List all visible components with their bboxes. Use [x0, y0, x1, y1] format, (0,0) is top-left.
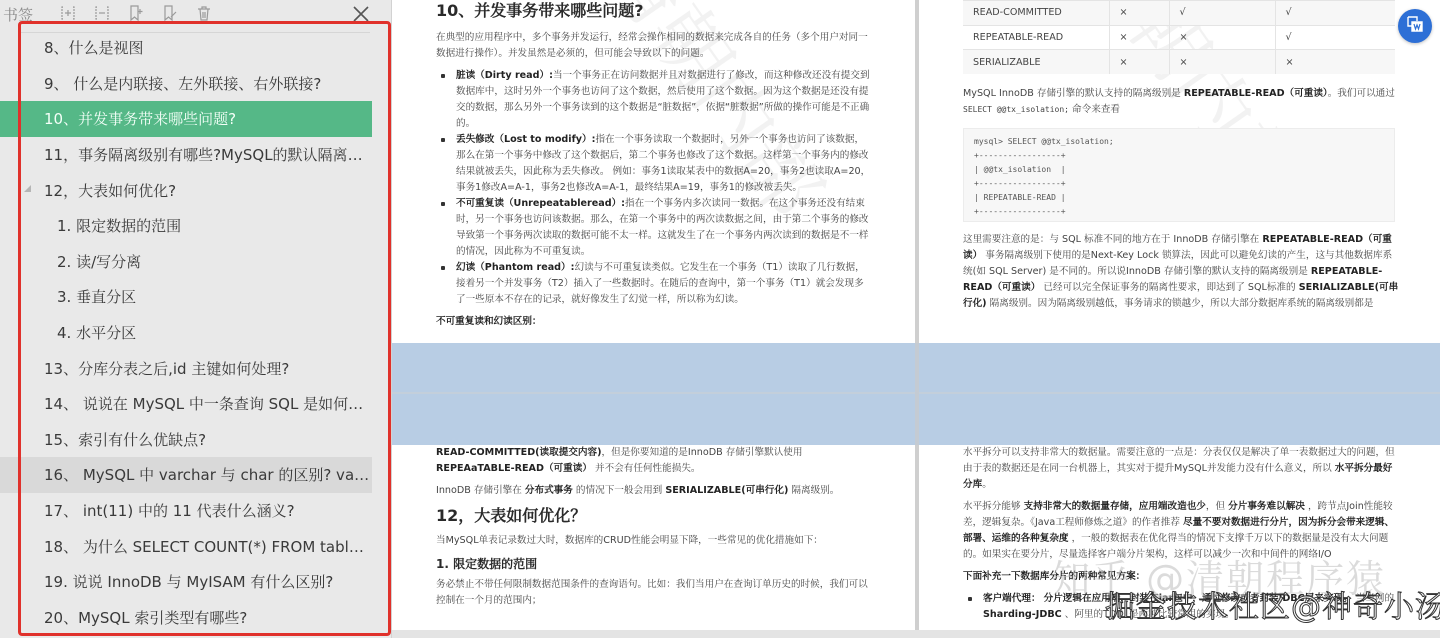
bookmark-label: 12，大表如何优化?	[44, 180, 176, 201]
bookmark-item[interactable]: 18、 为什么 SELECT COUNT(*) FROM table 在 Inn…	[20, 528, 372, 564]
document-page: READ-COMMITTED(读取提交内容)，但是你要知道的是InnoDB 存储…	[392, 445, 915, 638]
table-cell: SERIALIZABLE	[963, 50, 1109, 75]
bookmark-label: 16、 MySQL 中 varchar 与 char 的区别? varchar(…	[44, 464, 372, 485]
bookmark-item[interactable]: 19. 说说 InnoDB 与 MyISAM 有什么区别?	[20, 564, 372, 600]
table-row: SERIALIZABLE×××	[963, 50, 1395, 75]
paragraph: MySQL InnoDB 存储引擎的默认支持的隔离级别是 REPEATABLE-…	[963, 86, 1399, 118]
bookmark-item[interactable]: 17、 int(11) 中的 11 代表什么涵义?	[20, 493, 372, 529]
bullet-list: 脏读（Dirty read）:当一个事务正在访问数据并且对数据进行了修改，而这种…	[436, 68, 872, 308]
bookmark-label: 17、 int(11) 中的 11 代表什么涵义?	[44, 500, 295, 521]
bold-text: 支持非常大的数据量存储，应用端改造也少	[1024, 501, 1206, 512]
bookmark-label: 8、什么是视图	[44, 37, 144, 58]
bookmark-panel: 书签	[0, 0, 392, 638]
text: 。	[982, 479, 992, 490]
table-cell: √	[1275, 1, 1395, 26]
term: 脏读（Dirty read）:	[456, 70, 553, 81]
term: 幻读（Phantom read）:	[456, 262, 574, 273]
bookmark-item-hover[interactable]: 16、 MySQL 中 varchar 与 char 的区别? varchar(…	[0, 457, 372, 493]
bold-text: REPEAaTABLE-READ（可重读）	[436, 463, 592, 474]
bookmark-label: 1. 限定数据的范围	[57, 215, 181, 236]
table-cell: ×	[1275, 50, 1395, 75]
bookmark-label: 2. 读/写分离	[57, 251, 141, 272]
subheading: 下面补充一下数据库分片的两种常见方案：	[963, 571, 1145, 582]
bookmark-label: 20、MySQL 索引类型有哪些?	[44, 607, 247, 628]
bold-text: 分片事务难以解决	[1228, 501, 1305, 512]
code-block: mysql> SELECT @@tx_isolation; +---------…	[963, 128, 1395, 222]
text: 隔离级别。	[788, 485, 839, 496]
bookmark-panel-header: 书签	[0, 0, 392, 30]
bookmark-toolbar	[58, 3, 214, 23]
term: 丢失修改（Lost to modify）:	[456, 134, 595, 145]
bold-text: Sharding-JDBC	[983, 609, 1062, 620]
bookmark-label: 15、索引有什么优缺点?	[44, 429, 206, 450]
bookmark-panel-title: 书签	[3, 4, 33, 25]
table-row: READ-COMMITTED×√√	[963, 1, 1395, 26]
add-bookmark-icon[interactable]	[126, 3, 146, 23]
collapse-all-icon[interactable]	[92, 3, 112, 23]
table-row: REPEATABLE-READ××√	[963, 25, 1395, 50]
text: MySQL InnoDB 存储引擎的默认支持的隔离级别是	[963, 88, 1184, 99]
bookmark-label: 18、 为什么 SELECT COUNT(*) FROM table 在 Inn…	[44, 536, 372, 557]
bookmark-item[interactable]: 9、 什么是内联接、左外联接、右外联接?	[20, 66, 372, 102]
table-cell: ×	[1109, 1, 1169, 26]
section-heading: 12，大表如何优化？	[436, 505, 872, 527]
paragraph: 在典型的应用程序中，多个事务并发运行，经常会操作相同的数据来完成各自的任务（多个…	[436, 30, 872, 62]
subheading: 不可重复读和幻读区别：	[436, 316, 542, 327]
list-item: 不可重复读（Unrepeatableread）:指在一个事务内多次读同一数据。在…	[436, 196, 872, 260]
bookmark-item[interactable]: 13、分库分表之后,id 主键如何处理?	[20, 350, 372, 386]
bold-text: READ-COMMITTED(读取提交内容)	[436, 447, 602, 458]
bookmark-subitem[interactable]: 1. 限定数据的范围	[20, 208, 372, 244]
bookmark-item[interactable]: 15、索引有什么优缺点?	[20, 422, 372, 458]
text: 水平拆分能够	[963, 501, 1024, 512]
table-cell: ×	[1109, 50, 1169, 75]
list-item: 丢失修改（Lost to modify）:指在一个事务读取一个数据时，另外一个事…	[436, 132, 872, 196]
inline-code: SELECT @@tx_isolation;	[963, 105, 1069, 114]
bold-text: 分布式事务	[525, 485, 573, 496]
table-cell: REPEATABLE-READ	[963, 25, 1109, 50]
text: 。我们可以通过	[1328, 88, 1395, 99]
bullet-list: 客户端代理： 分片逻辑在应用端，封装在jar包中，通过修改或者封装JDBC层来实…	[963, 591, 1399, 623]
pdf-reader-window: 书签	[0, 0, 1440, 638]
list-item: 客户端代理： 分片逻辑在应用端，封装在jar包中，通过修改或者封装JDBC层来实…	[963, 591, 1399, 623]
bookmark-item[interactable]: 8、什么是视图	[20, 30, 372, 66]
page-content: 水平拆分可以支持非常大的数据量。需要注意的一点是：分表仅仅是解决了单一表数据过大…	[963, 445, 1399, 623]
document-page: 水平拆分可以支持非常大的数据量。需要注意的一点是：分表仅仅是解决了单一表数据过大…	[919, 445, 1440, 638]
bookmark-list: 8、什么是视图 9、 什么是内联接、左外联接、右外联接? 10、并发事务带来哪些…	[20, 30, 372, 635]
term: 不可重复读（Unrepeatableread）:	[456, 198, 625, 209]
expand-all-icon[interactable]	[58, 3, 78, 23]
document-viewer[interactable]: 清朝内部 10、并发事务带来哪些问题? 在典型的应用程序中，多个事务并发运行，经…	[392, 0, 1440, 638]
page-separator	[915, 343, 919, 445]
translate-word-icon	[1405, 14, 1425, 38]
bookmark-item[interactable]: 20、MySQL 索引类型有哪些?	[20, 600, 372, 636]
bookmark-subitem[interactable]: 4. 水平分区	[20, 315, 372, 351]
page-content: 10、并发事务带来哪些问题? 在典型的应用程序中，多个事务并发运行，经常会操作相…	[436, 0, 872, 336]
text: 隔离级别。因为隔离级别越低，事务请求的锁越少，所以大部分数据库系统的隔离级别都是	[987, 298, 1374, 309]
translate-button[interactable]	[1398, 9, 1432, 43]
bookmark-label: 14、 说说在 MySQL 中一条查询 SQL 是如何执行的?	[44, 393, 372, 414]
bookmark-label: 10、并发事务带来哪些问题?	[44, 108, 236, 129]
bookmark-label: 9、 什么是内联接、左外联接、右外联接?	[44, 73, 321, 94]
paragraph: 务必禁止不带任何限制数据范围条件的查询语句。比如：我们当用户在查询订单历史的时候…	[436, 577, 872, 609]
text: 水平拆分可以支持非常大的数据量。需要注意的一点是：分表仅仅是解决了单一表数据过大…	[963, 447, 1395, 474]
bookmark-item[interactable]: 14、 说说在 MySQL 中一条查询 SQL 是如何执行的?	[20, 386, 372, 422]
table-cell: ×	[1169, 50, 1275, 75]
selection-band	[392, 343, 1440, 445]
subsection-heading: 1. 限定数据的范围	[436, 555, 872, 573]
edit-bookmark-icon[interactable]	[160, 3, 180, 23]
bookmark-label: 3. 垂直分区	[57, 286, 136, 307]
expand-caret-icon[interactable]	[24, 185, 31, 192]
text: InnoDB 存储引擎在	[436, 485, 525, 496]
bold-text: SERIALIZABLE(可串行化)	[665, 485, 788, 496]
term: 客户端代理：	[983, 593, 1041, 604]
horizontal-scrollbar[interactable]	[392, 630, 1440, 638]
bookmark-label: 4. 水平分区	[57, 322, 136, 343]
bookmark-label: 13、分库分表之后,id 主键如何处理?	[44, 358, 289, 379]
paragraph: 这里需要注意的是：与 SQL 标准不同的地方在于 InnoDB 存储引擎在 RE…	[963, 232, 1399, 312]
isolation-level-table: READ-COMMITTED×√√ REPEATABLE-READ××√ SER…	[963, 0, 1395, 74]
text: 的情况下一般会用到	[573, 485, 665, 496]
table-cell: ×	[1169, 25, 1275, 50]
text: ，但是你要知道的是InnoDB 存储引擎默认使用	[602, 447, 803, 458]
document-page: 清朝内部 10、并发事务带来哪些问题? 在典型的应用程序中，多个事务并发运行，经…	[392, 0, 915, 343]
bookmark-item-expanded[interactable]: 12，大表如何优化?	[0, 172, 372, 208]
text: 已经可以完全保证事务的隔离性要求，即达到了 SQL标准的	[1040, 282, 1298, 293]
text: 并不会有任何性能损失。	[592, 463, 701, 474]
table-cell: ×	[1109, 25, 1169, 50]
table-cell: √	[1169, 1, 1275, 26]
bold-text: REPEATABLE-READ（可重读）	[1184, 88, 1328, 99]
bookmark-label: 11，事务隔离级别有哪些?MySQL的默认隔离级别是?	[44, 144, 372, 165]
text: 这里需要注意的是：与 SQL 标准不同的地方在于 InnoDB 存储引擎在	[963, 234, 1262, 245]
paragraph: 当MySQL单表记录数过大时，数据库的CRUD性能会明显下降，一些常见的优化措施…	[436, 533, 872, 549]
text: ，但	[1206, 501, 1228, 512]
table-cell: √	[1275, 25, 1395, 50]
bookmark-item[interactable]: 11，事务隔离级别有哪些?MySQL的默认隔离级别是?	[20, 137, 372, 173]
section-heading: 10、并发事务带来哪些问题?	[436, 0, 872, 22]
bookmark-subitem[interactable]: 2. 读/写分离	[20, 244, 372, 280]
bookmark-subitem[interactable]: 3. 垂直分区	[20, 279, 372, 315]
bookmark-label: 19. 说说 InnoDB 与 MyISAM 有什么区别?	[44, 571, 333, 592]
bookmark-item-active[interactable]: 10、并发事务带来哪些问题?	[0, 101, 372, 137]
page-content: READ-COMMITTED(读取提交内容)，但是你要知道的是InnoDB 存储…	[436, 445, 872, 615]
text: 当当网的	[1353, 593, 1394, 604]
close-panel-icon[interactable]	[350, 3, 372, 25]
text: 命令来查看	[1069, 104, 1120, 115]
trash-icon[interactable]	[194, 3, 214, 23]
text: 、阿里的TDDL是两种比较常用的实现。	[1062, 609, 1235, 620]
document-page: 清朝内部 READ-COMMITTED×√√ REPEATABLE-READ××…	[919, 0, 1440, 343]
table-cell: READ-COMMITTED	[963, 1, 1109, 26]
bold-text: 分片逻辑在应用端，封装在jar包中，通过修改或者封装JDBC层来实现。	[1044, 593, 1353, 604]
list-item: 幻读（Phantom read）:幻读与不可重复读类似。它发生在一个事务（T1）…	[436, 260, 872, 308]
list-item: 脏读（Dirty read）:当一个事务正在访问数据并且对数据进行了修改，而这种…	[436, 68, 872, 132]
